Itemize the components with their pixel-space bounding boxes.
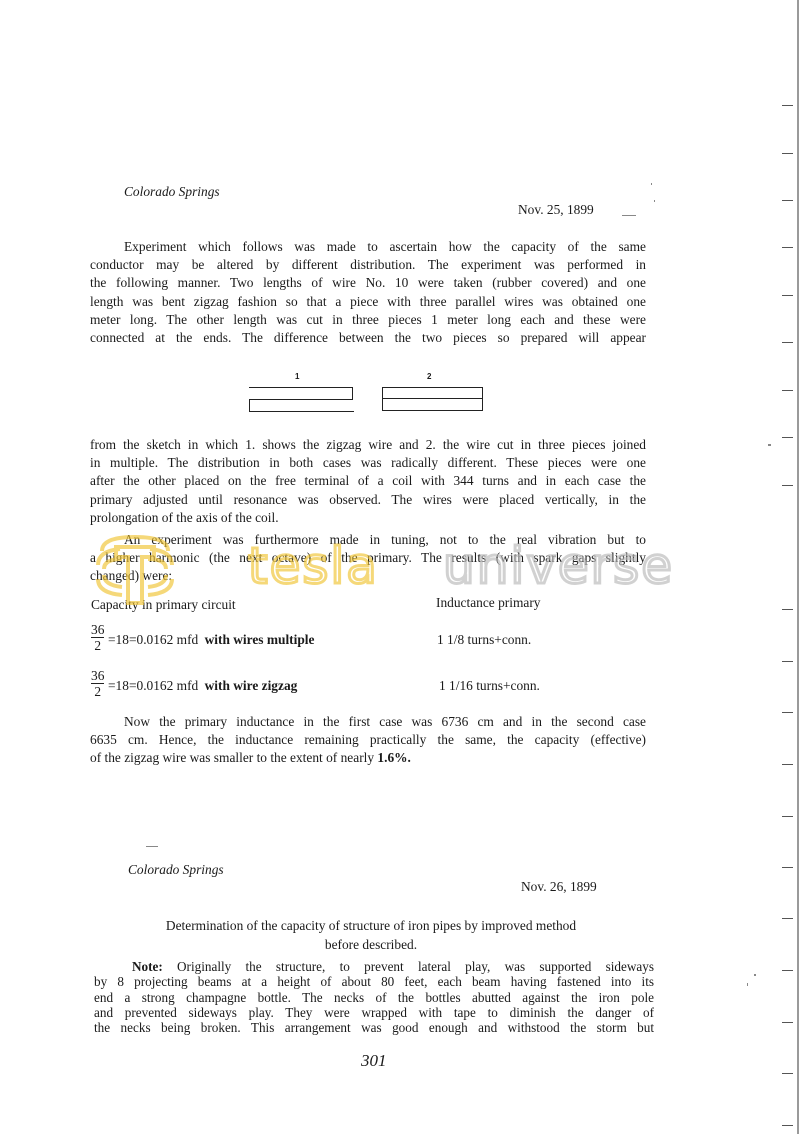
entry1-date: Nov. 25, 1899 bbox=[518, 202, 594, 218]
entry1-paragraph-4: Now the primary inductance in the first … bbox=[90, 713, 646, 768]
capacity-value: =18=0.0162 mfd with wires multiple bbox=[108, 632, 314, 648]
page-number: 301 bbox=[361, 1051, 387, 1071]
scan-speck bbox=[146, 846, 158, 847]
entry2-place: Colorado Springs bbox=[128, 862, 224, 878]
wire-sketch: 1 2 bbox=[248, 372, 484, 414]
scan-speck bbox=[622, 215, 636, 216]
sketch-label-1: 1 bbox=[295, 372, 299, 381]
edge-tick bbox=[782, 918, 793, 919]
page-edge-line bbox=[797, 0, 799, 1134]
edge-tick bbox=[782, 200, 793, 201]
edge-tick bbox=[782, 247, 793, 248]
edge-tick bbox=[782, 712, 793, 713]
edge-tick bbox=[782, 867, 793, 868]
entry1-place: Colorado Springs bbox=[124, 184, 220, 200]
capacity-value: =18=0.0162 mfd with wire zigzag bbox=[108, 678, 297, 694]
edge-tick bbox=[782, 295, 793, 296]
inductance-value: 1 1/16 turns+conn. bbox=[439, 678, 540, 694]
fraction: 36 2 bbox=[91, 623, 104, 652]
edge-tick bbox=[782, 342, 793, 343]
scan-speck bbox=[654, 200, 655, 202]
entry2-date: Nov. 26, 1899 bbox=[521, 879, 597, 895]
watermark-word-universe: universe bbox=[443, 541, 674, 591]
edge-tick bbox=[782, 485, 793, 486]
entry1-paragraph-2: from the sketch in which 1. shows the zi… bbox=[90, 436, 646, 527]
scan-speck bbox=[768, 444, 771, 446]
inductance-value: 1 1/8 turns+conn. bbox=[437, 632, 531, 648]
edge-tick bbox=[782, 609, 793, 610]
table-header-inductance: Inductance primary bbox=[436, 595, 540, 611]
edge-tick bbox=[782, 437, 793, 438]
edge-tick bbox=[782, 1073, 793, 1074]
edge-tick bbox=[782, 153, 793, 154]
scan-speck bbox=[651, 183, 652, 185]
edge-tick bbox=[782, 661, 793, 662]
entry2-title: Determination of the capacity of structu… bbox=[90, 916, 652, 954]
scan-speck bbox=[754, 974, 756, 976]
sketch-label-2: 2 bbox=[427, 372, 431, 381]
fraction: 36 2 bbox=[91, 669, 104, 698]
edge-tick bbox=[782, 970, 793, 971]
edge-tick bbox=[782, 1125, 793, 1126]
watermark-word-tesla: tesla bbox=[248, 541, 379, 591]
scan-speck bbox=[747, 983, 748, 986]
entry2-note: Note: Originally the structure, to preve… bbox=[94, 959, 654, 1035]
edge-tick bbox=[782, 1022, 793, 1023]
edge-tick bbox=[782, 105, 793, 106]
entry1-paragraph-1: Experiment which follows was made to asc… bbox=[90, 238, 646, 347]
edge-tick bbox=[782, 816, 793, 817]
edge-tick bbox=[782, 390, 793, 391]
edge-tick bbox=[782, 764, 793, 765]
tesla-logo-watermark-icon bbox=[94, 529, 176, 609]
